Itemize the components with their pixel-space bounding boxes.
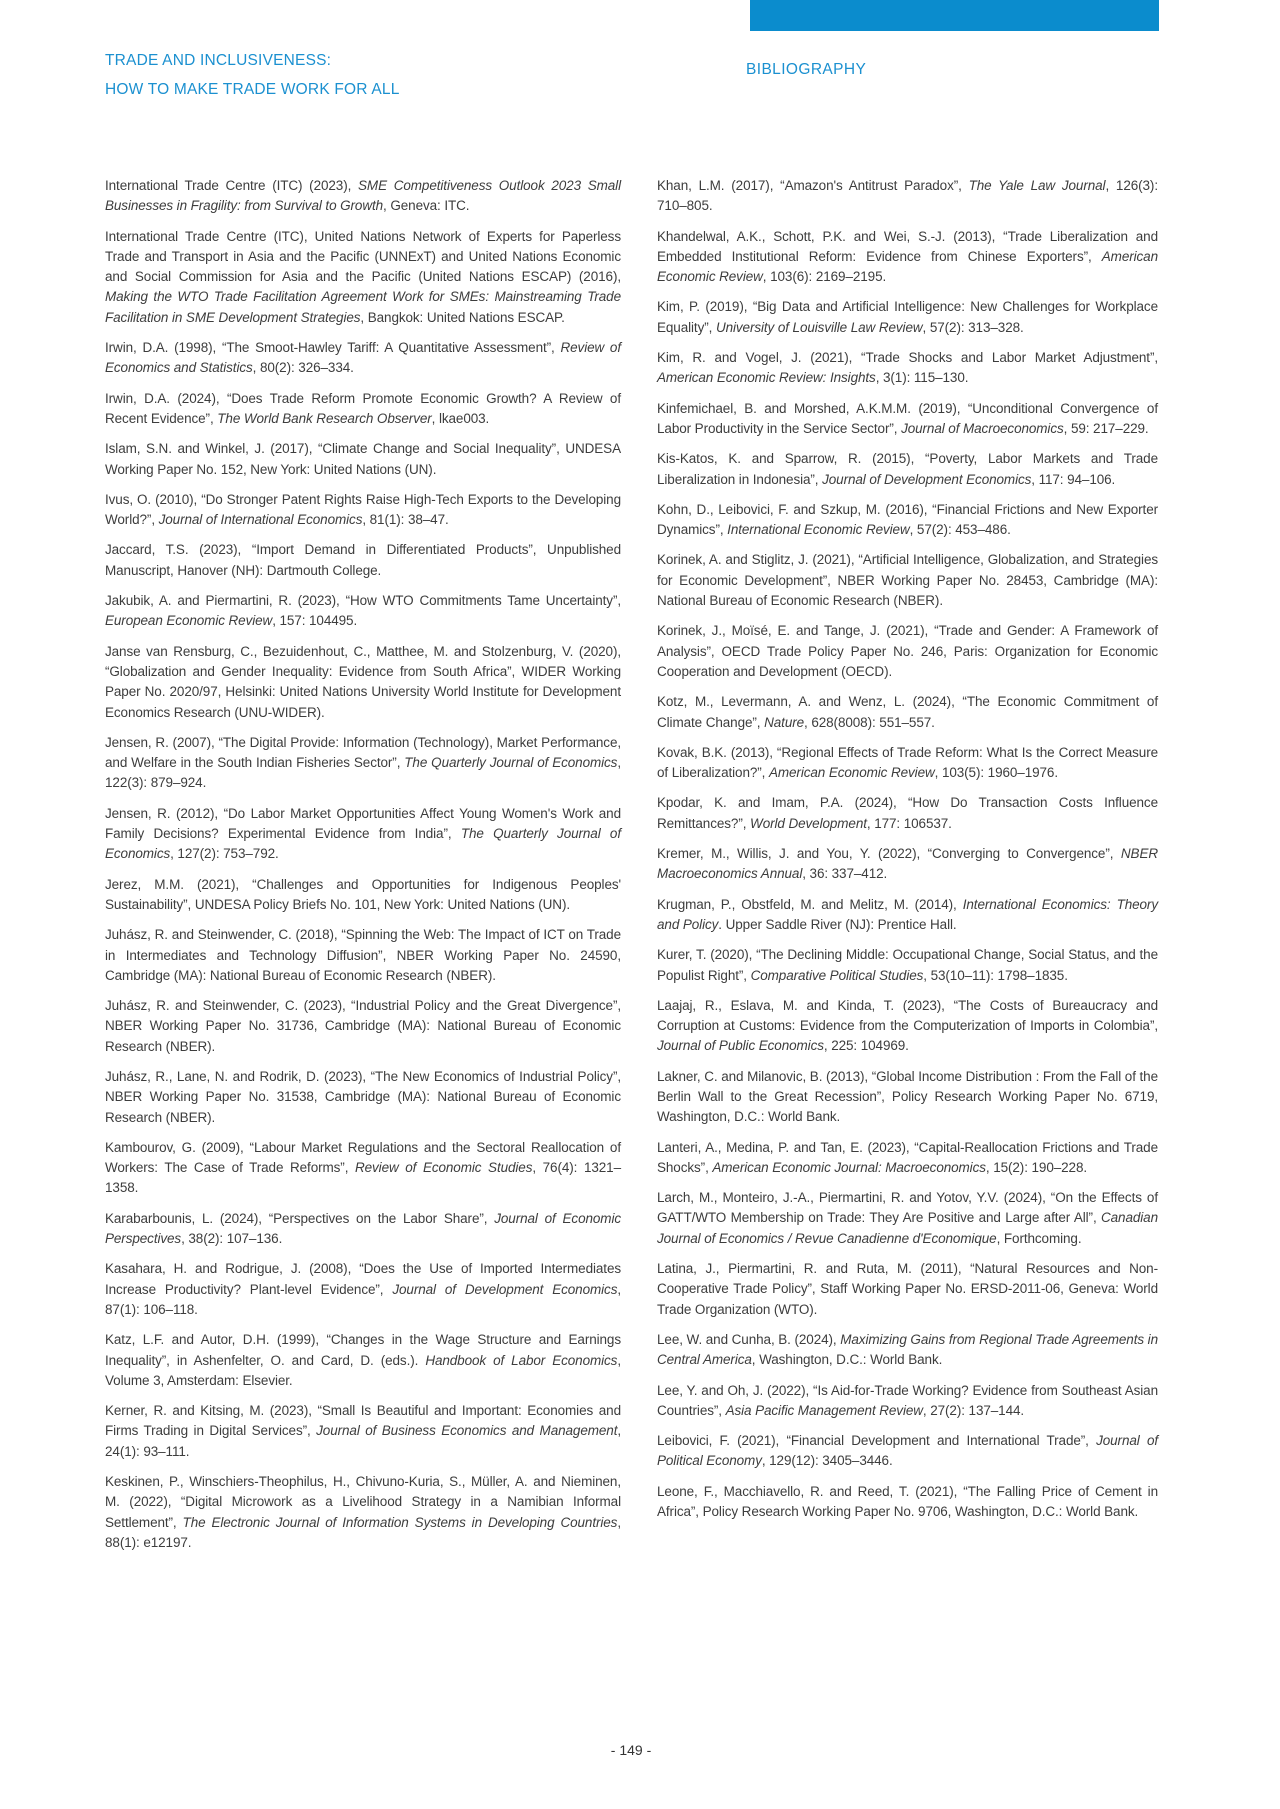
reference-entry: Irwin, D.A. (2024), “Does Trade Reform P… xyxy=(105,389,621,430)
reference-entry: Jaccard, T.S. (2023), “Import Demand in … xyxy=(105,540,621,581)
reference-entry: Janse van Rensburg, C., Bezuidenhout, C.… xyxy=(105,642,621,723)
reference-entry: Islam, S.N. and Winkel, J. (2017), “Clim… xyxy=(105,439,621,480)
reference-entry: Kim, R. and Vogel, J. (2021), “Trade Sho… xyxy=(657,348,1158,389)
reference-entry: Krugman, P., Obstfeld, M. and Melitz, M.… xyxy=(657,895,1158,936)
reference-entry: Lee, Y. and Oh, J. (2022), “Is Aid-for-T… xyxy=(657,1381,1158,1422)
reference-entry: Lanteri, A., Medina, P. and Tan, E. (202… xyxy=(657,1138,1158,1179)
reference-entry: Juhász, R., Lane, N. and Rodrik, D. (202… xyxy=(105,1067,621,1128)
reference-entry: Kotz, M., Levermann, A. and Wenz, L. (20… xyxy=(657,692,1158,733)
reference-entry: Jensen, R. (2012), “Do Labor Market Oppo… xyxy=(105,804,621,865)
reference-entry: Kerner, R. and Kitsing, M. (2023), “Smal… xyxy=(105,1401,621,1462)
reference-entry: Lee, W. and Cunha, B. (2024), Maximizing… xyxy=(657,1330,1158,1371)
reference-entry: Ivus, O. (2010), “Do Stronger Patent Rig… xyxy=(105,490,621,531)
bibliography-page: TRADE AND INCLUSIVENESS: HOW TO MAKE TRA… xyxy=(0,0,1280,1809)
reference-entry: Latina, J., Piermartini, R. and Ruta, M.… xyxy=(657,1259,1158,1320)
reference-entry: Kasahara, H. and Rodrigue, J. (2008), “D… xyxy=(105,1259,621,1320)
reference-entry: Kovak, B.K. (2013), “Regional Effects of… xyxy=(657,743,1158,784)
reference-entry: Kambourov, G. (2009), “Labour Market Reg… xyxy=(105,1138,621,1199)
document-title-line2: HOW TO MAKE TRADE WORK FOR ALL xyxy=(105,75,400,104)
reference-entry: Jensen, R. (2007), “The Digital Provide:… xyxy=(105,733,621,794)
reference-entry: Korinek, A. and Stiglitz, J. (2021), “Ar… xyxy=(657,550,1158,611)
reference-entry: International Trade Centre (ITC), United… xyxy=(105,227,621,328)
reference-entry: Lakner, C. and Milanovic, B. (2013), “Gl… xyxy=(657,1067,1158,1128)
reference-entry: Katz, L.F. and Autor, D.H. (1999), “Chan… xyxy=(105,1330,621,1391)
document-title-line1: TRADE AND INCLUSIVENESS: xyxy=(105,46,400,75)
reference-entry: Leibovici, F. (2021), “Financial Develop… xyxy=(657,1431,1158,1472)
reference-entry: Juhász, R. and Steinwender, C. (2023), “… xyxy=(105,996,621,1057)
corner-accent-bar xyxy=(750,0,1159,31)
reference-entry: Jerez, M.M. (2021), “Challenges and Oppo… xyxy=(105,875,621,916)
section-title: BIBLIOGRAPHY xyxy=(746,61,866,79)
reference-entry: Laajaj, R., Eslava, M. and Kinda, T. (20… xyxy=(657,996,1158,1057)
reference-entry: International Trade Centre (ITC) (2023),… xyxy=(105,176,621,217)
reference-entry: Khandelwal, A.K., Schott, P.K. and Wei, … xyxy=(657,227,1158,288)
reference-entry: Kis-Katos, K. and Sparrow, R. (2015), “P… xyxy=(657,449,1158,490)
reference-entry: Irwin, D.A. (1998), “The Smoot-Hawley Ta… xyxy=(105,338,621,379)
reference-entry: Korinek, J., Moïsé, E. and Tange, J. (20… xyxy=(657,621,1158,682)
reference-entry: Keskinen, P., Winschiers-Theophilus, H.,… xyxy=(105,1472,621,1553)
references-column-right: Khan, L.M. (2017), “Amazon's Antitrust P… xyxy=(657,176,1158,1522)
reference-entry: Kremer, M., Willis, J. and You, Y. (2022… xyxy=(657,844,1158,885)
references-column-left: International Trade Centre (ITC) (2023),… xyxy=(105,176,621,1553)
reference-entry: Larch, M., Monteiro, J.-A., Piermartini,… xyxy=(657,1188,1158,1249)
reference-entry: Kurer, T. (2020), “The Declining Middle:… xyxy=(657,945,1158,986)
reference-entry: Khan, L.M. (2017), “Amazon's Antitrust P… xyxy=(657,176,1158,217)
reference-entry: Karabarbounis, L. (2024), “Perspectives … xyxy=(105,1209,621,1250)
reference-entry: Kim, P. (2019), “Big Data and Artificial… xyxy=(657,297,1158,338)
reference-entry: Leone, F., Macchiavello, R. and Reed, T.… xyxy=(657,1482,1158,1523)
reference-entry: Kohn, D., Leibovici, F. and Szkup, M. (2… xyxy=(657,500,1158,541)
reference-entry: Jakubik, A. and Piermartini, R. (2023), … xyxy=(105,591,621,632)
reference-entry: Juhász, R. and Steinwender, C. (2018), “… xyxy=(105,925,621,986)
reference-entry: Kinfemichael, B. and Morshed, A.K.M.M. (… xyxy=(657,399,1158,440)
reference-entry: Kpodar, K. and Imam, P.A. (2024), “How D… xyxy=(657,793,1158,834)
page-number: - 149 - xyxy=(0,1742,1262,1758)
document-title: TRADE AND INCLUSIVENESS: HOW TO MAKE TRA… xyxy=(105,46,400,104)
